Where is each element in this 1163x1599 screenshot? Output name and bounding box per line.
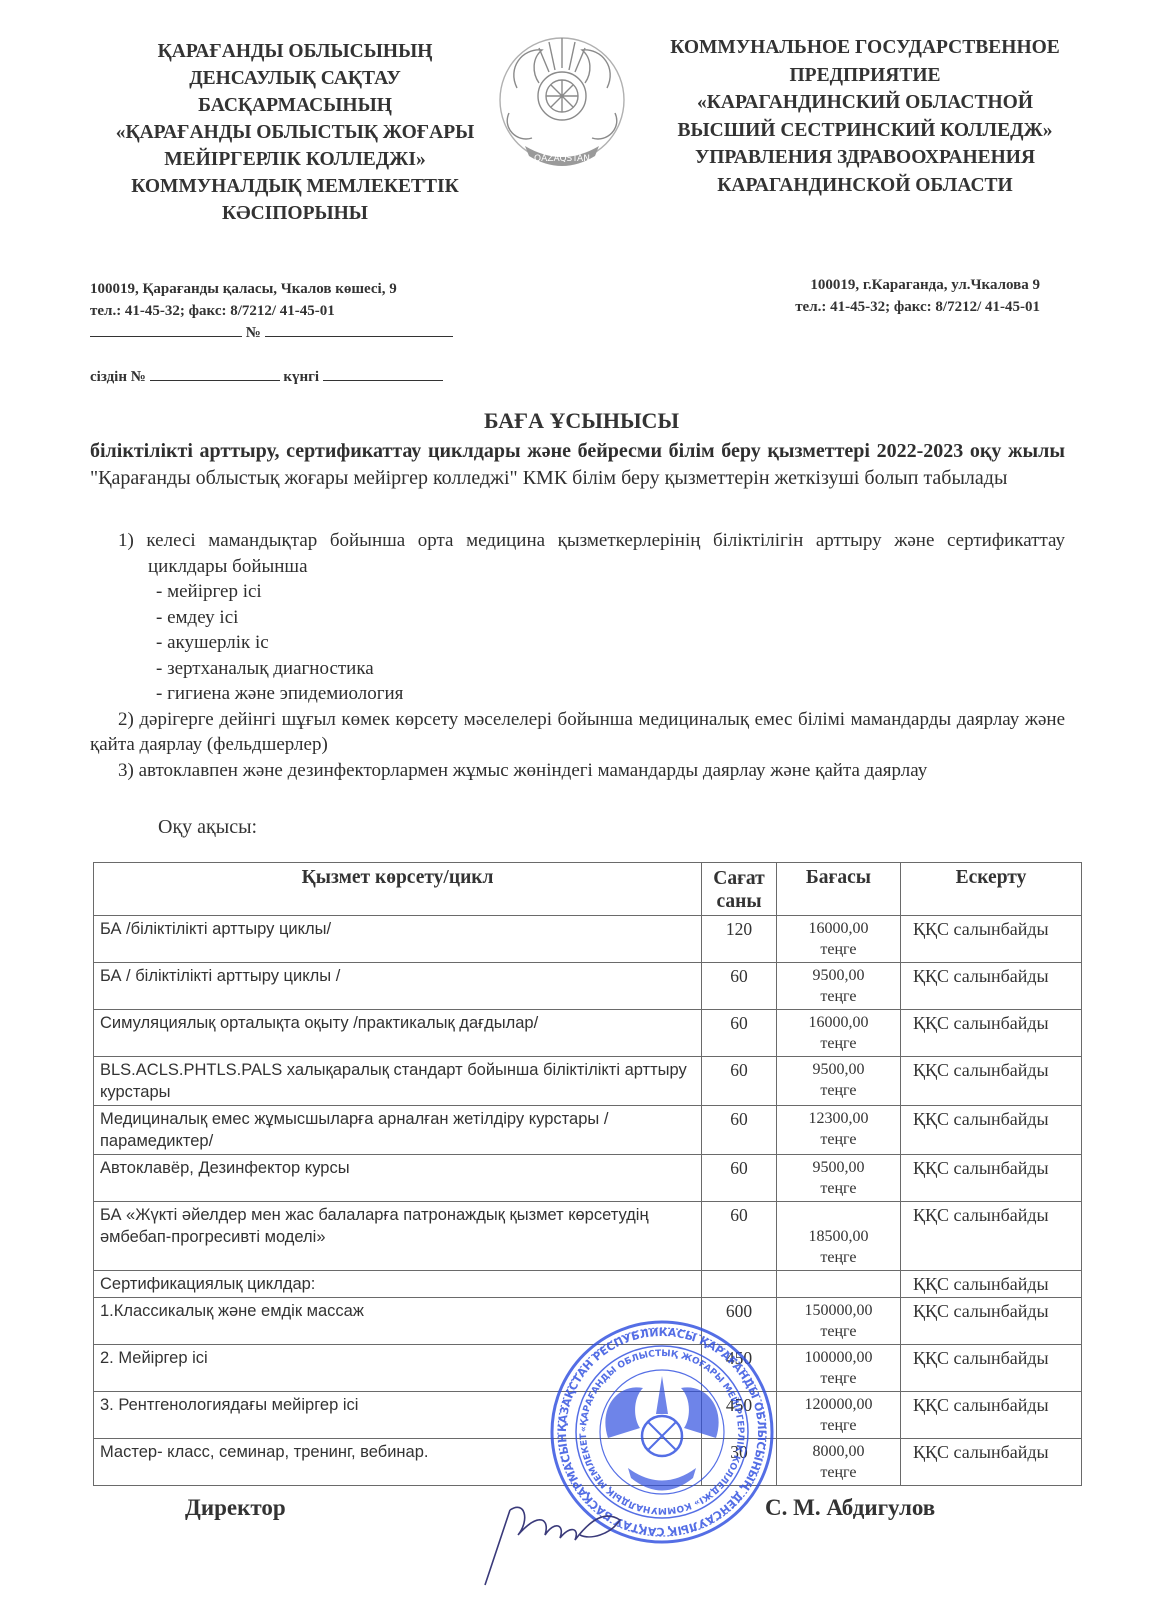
number-sign: № — [246, 325, 261, 341]
price-currency: теңге — [783, 1129, 894, 1150]
header-service: Қызмет көрсету/цикл — [94, 863, 702, 916]
price-currency: теңге — [783, 1033, 894, 1054]
address-russian: 100019, г.Караганда, ул.Чкалова 9 тел.: … — [700, 274, 1040, 318]
hours-cell: 120 — [702, 916, 777, 963]
your-number-line: сіздін № күнгі — [90, 366, 443, 386]
price-amount: 100000,00 — [783, 1347, 894, 1368]
service-cell: Автоклавёр, Дезинфектор курсы — [94, 1155, 702, 1202]
your-number-label: сіздін № — [90, 369, 146, 385]
note-cell: ҚҚС салынбайды — [901, 1155, 1082, 1202]
price-cell: 9500,00теңге — [776, 1057, 900, 1106]
specialty-item: - зертханалық диагностика — [90, 656, 1065, 682]
price-amount: 12300,00 — [783, 1108, 894, 1129]
intro-bold: біліктілікті арттыру, сертификаттау цикл… — [90, 440, 1065, 462]
services-list: 1) келесі мамандықтар бойынша орта медиц… — [90, 528, 1065, 783]
outgoing-number-blank — [265, 322, 453, 337]
price-amount: 9500,00 — [783, 1059, 894, 1080]
price-cell: 9500,00теңге — [776, 1155, 900, 1202]
table-row: Симуляциялық орталықта оқыту /практикалы… — [94, 1010, 1082, 1057]
director-label: Директор — [185, 1495, 286, 1521]
outgoing-date-blank — [90, 322, 242, 337]
hours-cell: 60 — [702, 1057, 777, 1106]
header-kz-line: БАСҚАРМАСЫНЫҢ — [90, 92, 500, 119]
address-line: 100019, Қарағанды қаласы, Чкалов көшесі,… — [90, 278, 397, 300]
note-cell: ҚҚС салынбайды — [901, 1298, 1082, 1345]
price-amount: 9500,00 — [783, 965, 894, 986]
note-cell: ҚҚС салынбайды — [901, 963, 1082, 1010]
specialty-item: - акушерлік іс — [90, 630, 1065, 656]
price-cell: 8000,00теңге — [776, 1439, 900, 1486]
price-currency: теңге — [783, 986, 894, 1007]
price-amount: 18500,00 — [783, 1226, 894, 1247]
price-amount: 16000,00 — [783, 918, 894, 939]
header-price: Бағасы — [776, 863, 900, 916]
header-ru-line: КОММУНАЛЬНОЕ ГОСУДАРСТВЕННОЕ — [640, 34, 1090, 62]
price-amount: 9500,00 — [783, 1157, 894, 1178]
signer-name: С. М. Абдигулов — [765, 1495, 935, 1521]
tuition-label: Оқу ақысы: — [158, 816, 257, 839]
service-cell: Медициналық емес жұмысшыларға арналған ж… — [94, 1106, 702, 1155]
phone-line: тел.: 41-45-32; факс: 8/7212/ 41-45-01 — [700, 296, 1040, 318]
price-currency: теңге — [783, 1462, 894, 1483]
header-kazakh: ҚАРАҒАНДЫ ОБЛЫСЫНЫҢ ДЕНСАУЛЫҚ САҚТАУ БАС… — [90, 38, 500, 227]
price-currency: теңге — [783, 1080, 894, 1101]
price-cell: 12300,00теңге — [776, 1106, 900, 1155]
price-currency: теңге — [783, 1247, 894, 1268]
hours-cell: 60 — [702, 1202, 777, 1271]
hours-cell: 60 — [702, 1106, 777, 1155]
service-cell: БА / біліктілікті арттыру циклы / — [94, 963, 702, 1010]
header-ru-line: КАРАГАНДИНСКОЙ ОБЛАСТИ — [640, 172, 1090, 200]
note-cell: ҚҚС салынбайды — [901, 916, 1082, 963]
table-row: БА «Жүкті әйелдер мен жас балаларға патр… — [94, 1202, 1082, 1271]
table-row: Медициналық емес жұмысшыларға арналған ж… — [94, 1106, 1082, 1155]
price-amount: 16000,00 — [783, 1012, 894, 1033]
price-currency: теңге — [783, 1415, 894, 1436]
price-amount: 120000,00 — [783, 1394, 894, 1415]
outgoing-number-line: № — [90, 322, 453, 342]
price-currency: теңге — [783, 1321, 894, 1342]
table-row: БА /біліктілікті арттыру циклы/12016000,… — [94, 916, 1082, 963]
price-cell: 100000,00теңге — [776, 1345, 900, 1392]
price-currency: теңге — [783, 1368, 894, 1389]
list-item-2: 2) дәрігерге дейінгі шұғыл көмек көрсету… — [90, 707, 1065, 758]
header-russian: КОММУНАЛЬНОЕ ГОСУДАРСТВЕННОЕ ПРЕДПРИЯТИЕ… — [640, 34, 1090, 199]
specialty-item: - мейіргер ісі — [90, 579, 1065, 605]
note-cell: ҚҚС салынбайды — [901, 1271, 1082, 1298]
header-ru-line: «КАРАГАНДИНСКИЙ ОБЛАСТНОЙ — [640, 89, 1090, 117]
header-note: Ескерту — [901, 863, 1082, 916]
price-currency: теңге — [783, 939, 894, 960]
price-currency: теңге — [783, 1178, 894, 1199]
price-cell: 150000,00теңге — [776, 1298, 900, 1345]
header-kz-line: КӘСІПОРЫНЫ — [90, 200, 500, 227]
table-header-row: Қызмет көрсету/цикл Сағат саны Бағасы Ес… — [94, 863, 1082, 916]
address-line: 100019, г.Караганда, ул.Чкалова 9 — [700, 274, 1040, 296]
service-cell: Сертификациялық циклдар: — [94, 1271, 702, 1298]
table-row: БА / біліктілікті арттыру циклы /609500,… — [94, 963, 1082, 1010]
hours-cell: 60 — [702, 963, 777, 1010]
price-cell: 16000,00теңге — [776, 1010, 900, 1057]
phone-line: тел.: 41-45-32; факс: 8/7212/ 41-45-01 — [90, 300, 397, 322]
intro-rest: "Қарағанды облыстық жоғары мейіргер колл… — [90, 467, 1007, 489]
header-ru-line: ПРЕДПРИЯТИЕ — [640, 62, 1090, 90]
note-cell: ҚҚС салынбайды — [901, 1439, 1082, 1486]
state-emblem-icon: QAZAQSTAN — [487, 28, 637, 178]
address-kazakh: 100019, Қарағанды қаласы, Чкалов көшесі,… — [90, 278, 397, 322]
header-kz-line: КОММУНАЛДЫҚ МЕМЛЕКЕТТІК — [90, 173, 500, 200]
signature-scribble-icon — [470, 1480, 640, 1590]
header-kz-line: ҚАРАҒАНДЫ ОБЛЫСЫНЫҢ — [90, 38, 500, 65]
document-title: БАҒА ҰСЫНЫСЫ — [0, 408, 1163, 434]
header-kz-line: ДЕНСАУЛЫҚ САҚТАУ — [90, 65, 500, 92]
list-item-1: 1) келесі мамандықтар бойынша орта медиц… — [90, 528, 1065, 579]
header-ru-line: ВЫСШИЙ СЕСТРИНСКИЙ КОЛЛЕДЖ» — [640, 117, 1090, 145]
specialty-item: - гигиена және эпидемиология — [90, 681, 1065, 707]
price-cell — [776, 1271, 900, 1298]
table-row: Сертификациялық циклдар:ҚҚС салынбайды — [94, 1271, 1082, 1298]
price-cell: 18500,00теңге — [776, 1202, 900, 1271]
hours-cell: 60 — [702, 1010, 777, 1057]
service-cell: БА «Жүкті әйелдер мен жас балаларға патр… — [94, 1202, 702, 1271]
table-row: BLS.ACLS.PHTLS.PALS халықаралық стандарт… — [94, 1057, 1082, 1106]
specialty-item: - емдеу ісі — [90, 605, 1065, 631]
header-ru-line: УПРАВЛЕНИЯ ЗДРАВООХРАНЕНИЯ — [640, 144, 1090, 172]
note-cell: ҚҚС салынбайды — [901, 1392, 1082, 1439]
price-cell: 9500,00теңге — [776, 963, 900, 1010]
intro-paragraph: біліктілікті арттыру, сертификаттау цикл… — [90, 438, 1065, 492]
price-cell: 120000,00теңге — [776, 1392, 900, 1439]
list-item-3: 3) автоклавпен және дезинфекторлармен жұ… — [90, 758, 1065, 784]
service-cell: Симуляциялық орталықта оқыту /практикалы… — [94, 1010, 702, 1057]
your-date-blank — [323, 366, 443, 381]
note-cell: ҚҚС салынбайды — [901, 1057, 1082, 1106]
header-kz-line: «ҚАРАҒАНДЫ ОБЛЫСТЫҚ ЖОҒАРЫ — [90, 119, 500, 146]
header-kz-line: МЕЙІРГЕРЛІК КОЛЛЕДЖІ» — [90, 146, 500, 173]
hours-cell: 60 — [702, 1155, 777, 1202]
note-cell: ҚҚС салынбайды — [901, 1202, 1082, 1271]
service-cell: BLS.ACLS.PHTLS.PALS халықаралық стандарт… — [94, 1057, 702, 1106]
table-row: Автоклавёр, Дезинфектор курсы609500,00те… — [94, 1155, 1082, 1202]
note-cell: ҚҚС салынбайды — [901, 1106, 1082, 1155]
header-hours: Сағат саны — [702, 863, 777, 916]
note-cell: ҚҚС салынбайды — [901, 1345, 1082, 1392]
date-label: күнгі — [283, 369, 319, 385]
svg-text:QAZAQSTAN: QAZAQSTAN — [534, 154, 590, 164]
your-number-blank — [150, 366, 280, 381]
price-amount: 8000,00 — [783, 1441, 894, 1462]
price-cell: 16000,00теңге — [776, 916, 900, 963]
hours-cell — [702, 1271, 777, 1298]
service-cell: БА /біліктілікті арттыру циклы/ — [94, 916, 702, 963]
price-amount: 150000,00 — [783, 1300, 894, 1321]
note-cell: ҚҚС салынбайды — [901, 1010, 1082, 1057]
